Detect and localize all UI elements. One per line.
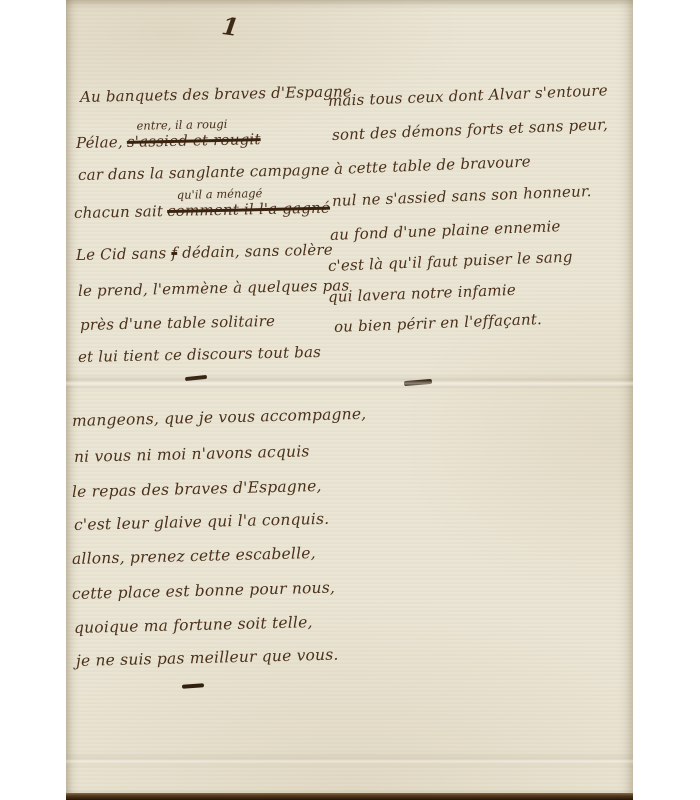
manuscript-line-corrected: Pélae,entre, il a rougis'assied et rougi… (76, 130, 261, 152)
inline-edit: entre, il a rougis'assied et rougit (127, 130, 261, 151)
struck-text: comment il l'a gagné (167, 199, 330, 220)
page-number: 1 (220, 11, 241, 42)
struck-text: f (171, 244, 177, 262)
manuscript-line: mais tous ceux dont Alvar s'entoure (328, 81, 608, 110)
paper-bottom-edge (66, 793, 633, 800)
manuscript-line: et lui tient ce discours tout bas (78, 343, 321, 366)
manuscript-line: cette place est bonne pour nous, (72, 579, 335, 603)
struck-text: s'assied et rougit (127, 130, 261, 151)
manuscript-line: nul ne s'assied sans son honneur. (332, 182, 592, 210)
manuscript-line: quoique ma fortune soit telle, (74, 613, 313, 637)
separator-dash (185, 375, 207, 381)
manuscript-line: à cette table de bravoure (334, 152, 531, 178)
manuscript-line: ni vous ni moi n'avons acquis (74, 442, 310, 466)
manuscript-line: Au banquets des braves d'Espagne (80, 82, 352, 106)
manuscript-line-corrected: chacun saitqu'il a ménagécomment il l'a … (74, 199, 330, 222)
line-post: dédain, sans colère (182, 241, 333, 262)
manuscript-sheet: 1 Au banquets des braves d'Espagne Pélae… (66, 0, 633, 795)
manuscript-line: car dans la sanglante campagne (78, 161, 330, 184)
manuscript-line: au fond d'une plaine ennemie (330, 217, 561, 244)
line-base: chacun sait (74, 202, 164, 222)
separator-dash (182, 683, 204, 689)
manuscript-line-corrected: Le Cid sans f dédain, sans colère (76, 241, 333, 264)
line-pre: Le Cid sans (76, 244, 167, 264)
manuscript-line: près d'une table solitaire (80, 312, 276, 334)
line-base: Pélae, (76, 133, 123, 152)
manuscript-line: le prend, l'emmène à quelques pas (78, 276, 350, 300)
separator-dash (404, 379, 432, 386)
manuscript-line: ou bien périr en l'effaçant. (334, 310, 543, 336)
inline-edit: qu'il a ménagécomment il l'a gagné (167, 199, 330, 220)
manuscript-line: mangeons, que je vous accompagne, (72, 405, 367, 430)
manuscript-line: allons, prenez cette escabelle, (72, 544, 316, 568)
interline-correction: entre, il a rougi (136, 117, 227, 133)
interline-correction: qu'il a ménagé (177, 186, 263, 202)
manuscript-line: je ne suis pas meilleur que vous. (76, 646, 339, 670)
manuscript-line: c'est leur glaive qui l'a conquis. (74, 510, 330, 534)
manuscript-line: le repas des braves d'Espagne, (72, 477, 322, 501)
manuscript-line: qui lavera notre infamie (328, 281, 517, 306)
manuscript-line: sont des démons forts et sans peur, (332, 115, 609, 144)
manuscript-line: c'est là qu'il faut puiser le sang (328, 248, 573, 275)
